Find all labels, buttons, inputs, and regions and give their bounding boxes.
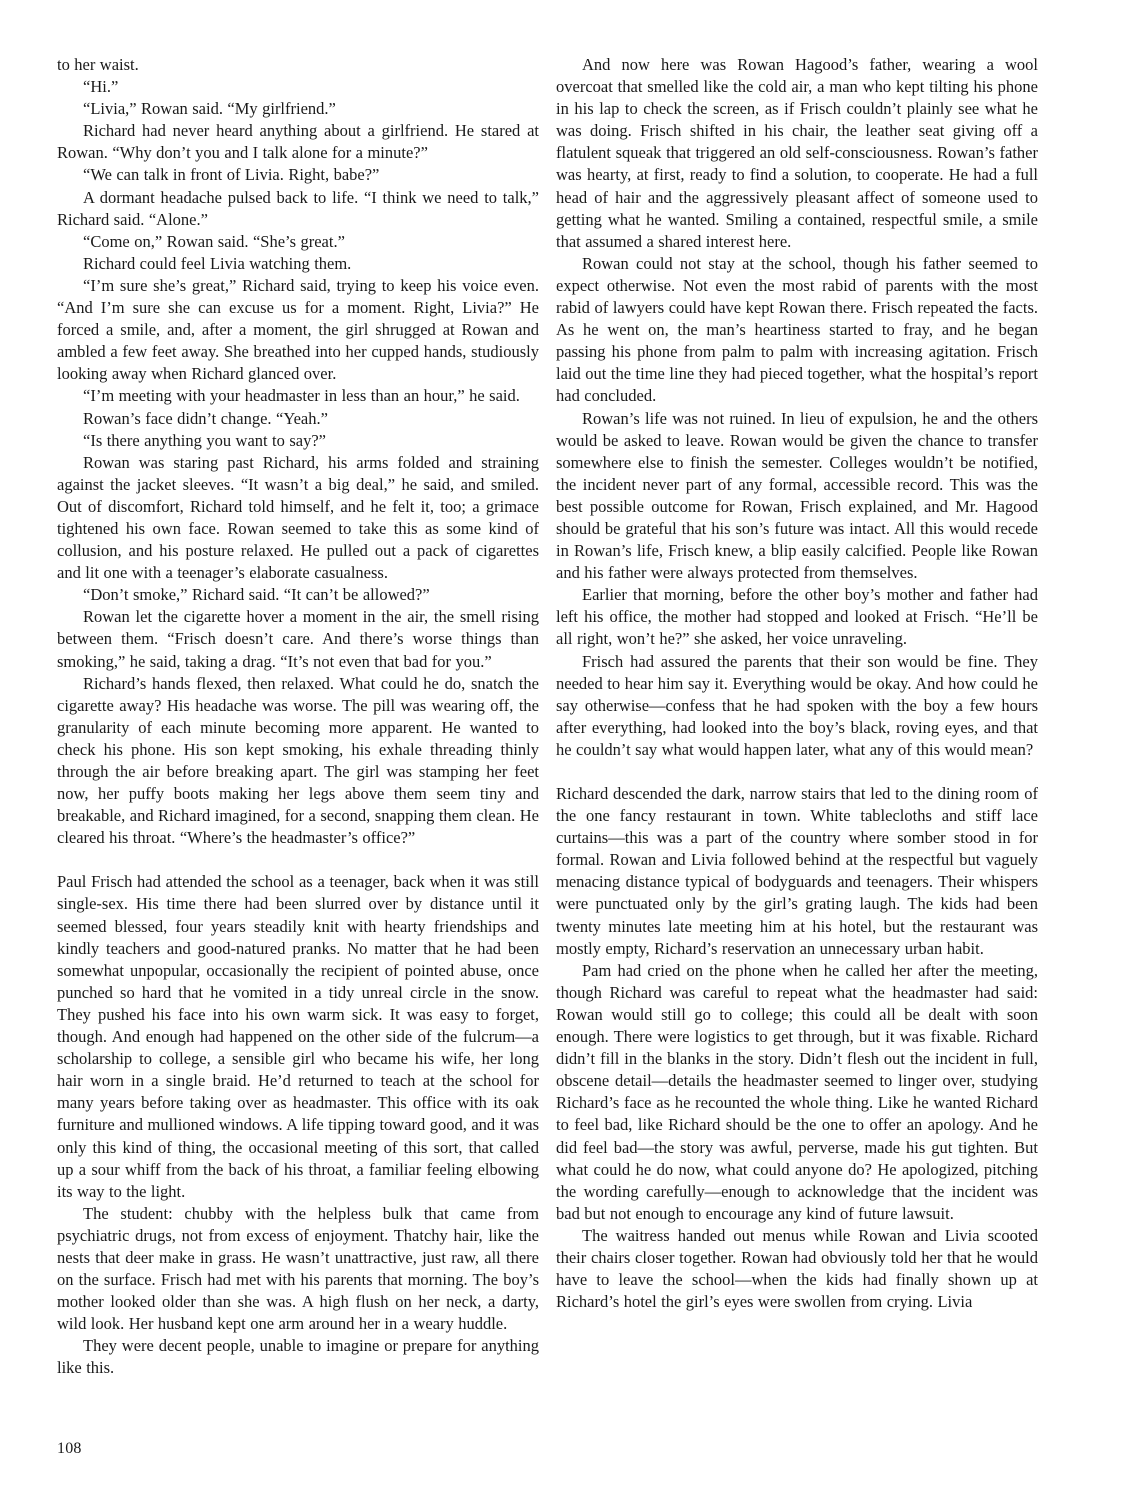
paragraph: The waitress handed out menus while Rowa… [556, 1225, 1038, 1313]
paragraph: “Come on,” Rowan said. “She’s great.” [57, 231, 539, 253]
paragraph: Paul Frisch had attended the school as a… [57, 871, 539, 1202]
paragraph: Rowan’s face didn’t change. “Yeah.” [57, 408, 539, 430]
paragraph: Rowan could not stay at the school, thou… [556, 253, 1038, 408]
text-column-left: to her waist. “Hi.” “Livia,” Rowan said.… [57, 54, 539, 1380]
paragraph: to her waist. [57, 54, 539, 76]
paragraph: “Livia,” Rowan said. “My girlfriend.” [57, 98, 539, 120]
paragraph: “I’m meeting with your headmaster in les… [57, 385, 539, 407]
paragraph: Richard could feel Livia watching them. [57, 253, 539, 275]
paragraph: Frisch had assured the parents that thei… [556, 651, 1038, 761]
paragraph: A dormant headache pulsed back to life. … [57, 187, 539, 231]
paragraph: Richard’s hands flexed, then relaxed. Wh… [57, 673, 539, 850]
book-page: to her waist. “Hi.” “Livia,” Rowan said.… [0, 0, 1132, 1495]
paragraph: “Hi.” [57, 76, 539, 98]
paragraph: “Is there anything you want to say?” [57, 430, 539, 452]
paragraph: “I’m sure she’s great,” Richard said, tr… [57, 275, 539, 385]
paragraph: Pam had cried on the phone when he calle… [556, 960, 1038, 1225]
paragraph: Rowan’s life was not ruined. In lieu of … [556, 408, 1038, 585]
paragraph: “We can talk in front of Livia. Right, b… [57, 164, 539, 186]
paragraph: Rowan let the cigarette hover a moment i… [57, 606, 539, 672]
paragraph: “Don’t smoke,” Richard said. “It can’t b… [57, 584, 539, 606]
page-number: 108 [57, 1440, 82, 1458]
paragraph: And now here was Rowan Hagood’s father, … [556, 54, 1038, 253]
paragraph: The student: chubby with the helpless bu… [57, 1203, 539, 1336]
text-column-right: And now here was Rowan Hagood’s father, … [556, 54, 1038, 1313]
paragraph: Rowan was staring past Richard, his arms… [57, 452, 539, 585]
paragraph: Richard had never heard anything about a… [57, 120, 539, 164]
paragraph: Richard descended the dark, narrow stair… [556, 783, 1038, 960]
paragraph: Earlier that morning, before the other b… [556, 584, 1038, 650]
paragraph: They were decent people, unable to imagi… [57, 1335, 539, 1379]
